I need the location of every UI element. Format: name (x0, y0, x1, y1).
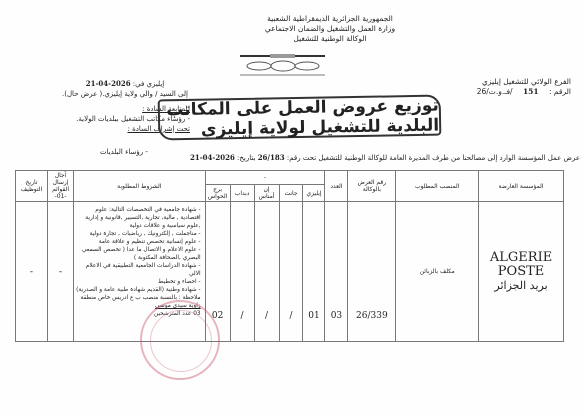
official-stamp-icon (140, 300, 220, 380)
intro-date: 2026-04-21 (190, 153, 235, 162)
condition-item: مناجملت , إلكترونيك , رياضيات , تجارة دو… (76, 230, 201, 238)
col-position: المنصب المطلوب (396, 171, 479, 202)
document-title: توزيع عروض العمل على المكاتب البلدية للت… (158, 95, 442, 141)
in-amenas-cell: / (254, 202, 279, 342)
republic-name: الجمهورية الجزائرية الديمقراطية الشعبية (215, 14, 445, 24)
condition-item: احصاء و تخطيط (76, 278, 201, 286)
intro-text: عرض عمل المؤسسة الوارد إلى مصالحنا من طر… (287, 154, 580, 162)
col-deadline: آجال إرسال القوائم -01- (48, 171, 74, 202)
condition-item: شهادة وطنية (القديم شهادة طبية عامة و ال… (76, 286, 201, 294)
intro-line: عرض عمل المؤسسة الوارد إلى مصالحنا من طر… (40, 153, 580, 162)
organization-name-ar: بريد الجزائر (480, 279, 562, 293)
reference-suffix: /فـ.و.ت/26 (477, 87, 513, 96)
col-conditions: الشروط المطلوبة (74, 171, 206, 202)
reference-number: 151 (523, 87, 539, 96)
reference-line: الرقم : 151 /فـ.و.ت/26 (421, 87, 571, 97)
col-djanet: جانت (279, 185, 303, 202)
condition-item: شهادة جامعية في التخصصات التالية: علوم ا… (76, 206, 201, 230)
branch-block: الفرع الولائي للتشغيل إيليزي الرقم : 151… (421, 77, 571, 97)
intro-date-label: بتاريخ: (237, 154, 255, 162)
col-debdeb: دبداب (230, 185, 254, 202)
count-cell: 03 (325, 202, 348, 342)
job-offers-table: المؤسسة العارضة المنصب المطلوب رقم العرض… (15, 170, 564, 342)
col-distribution: - (205, 171, 325, 185)
ministry-name: وزارة العمل والتشغيل والضمان الاجتماعي (215, 24, 445, 34)
recipient: إلى السيد / والي ولاية إيليزي.( عرض حال)… (55, 89, 195, 99)
illizi-cell: 01 (303, 202, 325, 342)
col-in-amenas: إن أمناس (254, 185, 279, 202)
divider (240, 55, 325, 57)
organization-name-en: ALGERIE (480, 251, 562, 265)
reference-label: الرقم : (549, 87, 571, 96)
agency-logo-icon (245, 59, 325, 73)
header-row: المؤسسة العارضة المنصب المطلوب رقم العرض… (16, 171, 564, 185)
col-hiring-date: تاريخ التوظيف (16, 171, 48, 202)
condition-item: علوم الاعلام و الاتصال ما عدا ( تخصص الس… (76, 246, 201, 262)
col-illizi: إيليزي (303, 185, 325, 202)
organization-name-en-2: POSTE (480, 265, 562, 279)
col-count: العدد (325, 171, 348, 202)
djanet-cell: / (279, 202, 303, 342)
date-block: إيليزي في: 2026-04-21 إلى السيد / والي و… (55, 79, 195, 99)
col-organization: المؤسسة العارضة (479, 171, 564, 202)
deadline-cell: - (48, 202, 74, 342)
position-cell: مكلف بالزبائن (396, 202, 479, 342)
condition-item: شهادة الدراسات الجامعية التطبيقية في الا… (76, 262, 201, 278)
col-offer-number: رقم العرض بالوكالة (348, 171, 396, 202)
debdeb-cell: / (230, 202, 254, 342)
col-bordj-el-haouas: برج الحواس (205, 185, 230, 202)
condition-item: علوم إنسانية تخصص تنظيم و علاقة عامة (76, 238, 201, 246)
hiring-date-cell: - (16, 202, 48, 342)
letter-date: 2026-04-21 (86, 79, 131, 88)
organization-cell: ALGERIE POSTE بريد الجزائر (479, 202, 564, 342)
logo-caption-line (240, 74, 325, 76)
offer-number-cell: 26/339 (348, 202, 396, 342)
place-date-label: إيليزي في: (133, 80, 164, 88)
table-row: ALGERIE POSTE بريد الجزائر مكلف بالزبائن… (16, 202, 564, 342)
note-text: بالنسبة منصب ب ع ادريس خاص منطقة (80, 295, 176, 301)
agency-name: الوكالة الوطنية للتشغيل (215, 34, 445, 44)
intro-number: 26/183 (258, 153, 285, 162)
letterhead: الجمهورية الجزائرية الديمقراطية الشعبية … (215, 14, 445, 44)
branch-name: الفرع الولائي للتشغيل إيليزي (421, 77, 571, 87)
